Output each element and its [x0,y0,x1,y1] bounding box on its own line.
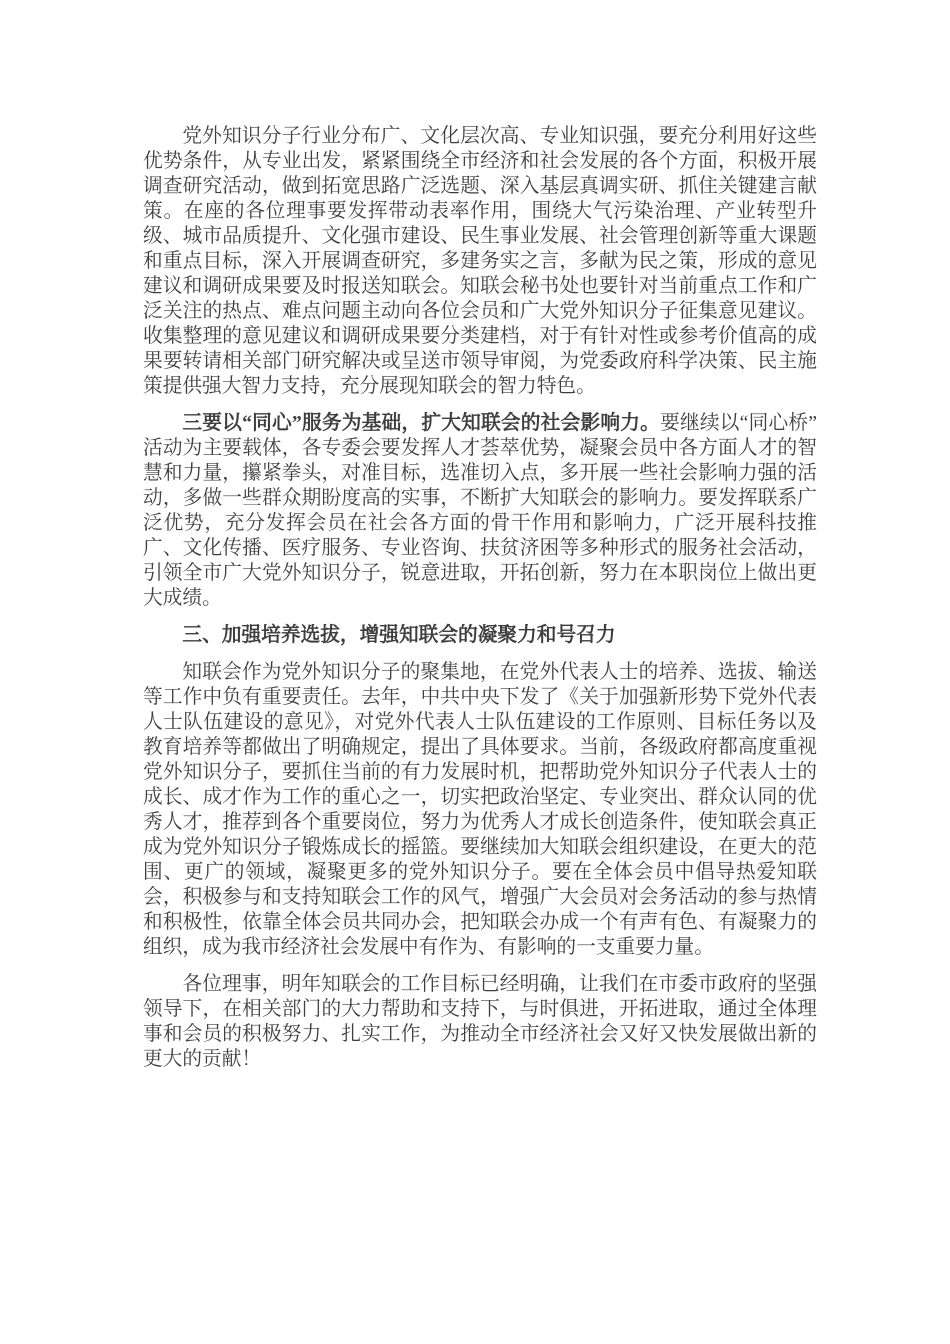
paragraph-text: 要继续以“同心桥”活动为主要载体，各专委会要发挥人才荟萃优势，凝聚会员中各方面人… [143,412,817,609]
section-heading-加强培养选拔: 三、加强培养选拔，增强知联会的凝聚力和号召力 [143,623,817,648]
paragraph-同心服务: 三要以“同心”服务为基础，扩大知联会的社会影响力。要继续以“同心桥”活动为主要载… [143,411,817,611]
paragraph-培养选拔: 知联会作为党外知识分子的聚集地，在党外代表人士的培养、选拔、输送等工作中负有重要… [143,660,817,960]
paragraph-调查研究: 党外知识分子行业分布广、文化层次高、专业知识强，要充分利用好这些优势条件，从专业… [143,124,817,399]
document-body: 党外知识分子行业分布广、文化层次高、专业知识强，要充分利用好这些优势条件，从专业… [143,124,817,1084]
paragraph-结束语: 各位理事，明年知联会的工作目标已经明确，让我们在市委市政府的坚强领导下，在相关部… [143,972,817,1072]
paragraph-bold-lead: 三要以“同心”服务为基础，扩大知联会的社会影响力。 [182,412,660,434]
